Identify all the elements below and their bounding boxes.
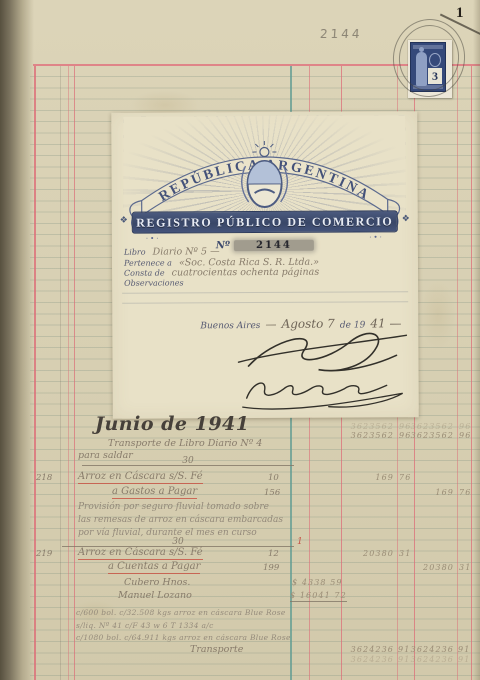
page-crease xyxy=(60,66,61,680)
folio-page-number: 1 xyxy=(456,5,464,22)
debit-folio: 10 xyxy=(268,473,279,483)
credit-account: a Cuentas a Pagar xyxy=(108,561,200,574)
credit-folio: 156 xyxy=(264,488,280,498)
field-label: Observaciones xyxy=(124,278,184,287)
book-binding-edge xyxy=(0,0,34,680)
entry-number: 219 xyxy=(36,549,52,559)
detail-line: s/liq. Nº 41 c/F 43 w 6 T 1334 a/c xyxy=(76,621,214,630)
transport-label: Transporte xyxy=(190,644,243,655)
detail-line: c/600 bol. c/32.508 kgs arroz en cáscara… xyxy=(76,608,286,617)
total-debit-amount: 3624236 xyxy=(338,645,394,654)
entry-number: 218 xyxy=(36,473,52,483)
detail-line: c/1080 bol. c/64.911 kgs arroz en cáscar… xyxy=(76,633,291,642)
field-label: Consta de xyxy=(124,269,165,278)
registry-title-bar: REGISTRO PÚBLICO DE COMERCIO xyxy=(132,210,398,233)
penciled-registry-number: 2144 xyxy=(320,27,364,41)
scroll-ornament-icon: ❖ xyxy=(120,216,128,226)
total-credit-cents-ghost: 91 xyxy=(458,655,470,664)
debit-folio: 12 xyxy=(268,549,279,559)
registry-title: REGISTRO PÚBLICO DE COMERCIO xyxy=(136,214,393,230)
official-signatures xyxy=(234,327,414,416)
separator-value: 30 xyxy=(172,538,183,547)
signature-primary xyxy=(238,333,406,371)
credit-folio: 199 xyxy=(263,563,279,573)
field-row-observaciones: Observaciones xyxy=(124,277,408,289)
debit-account: Arroz en Cáscara s/S. Fé xyxy=(78,471,203,484)
separator-30: 30 xyxy=(82,454,294,466)
debit-account: Arroz en Cáscara s/S. Fé xyxy=(78,547,203,560)
credit-amount: 20380 xyxy=(408,563,454,572)
opening-credit-cents: 96 xyxy=(459,431,471,440)
credit-cents-rule xyxy=(457,66,458,680)
total-debit-ghost: 3624236 xyxy=(338,655,394,664)
total-credit-ghost: 3624236 xyxy=(406,655,454,664)
field-value-handwritten: cuatrocientas ochenta páginas xyxy=(172,267,320,279)
debit-amount: 20380 xyxy=(345,549,394,558)
margin-rule-line xyxy=(34,66,36,680)
total-credit-amount: 3624236 xyxy=(406,645,454,654)
blank-rule-line xyxy=(122,291,408,293)
field-label: Pertenece a xyxy=(124,258,172,267)
creditor-amount-total: $ 16041 72 xyxy=(290,591,347,602)
separator-30: 30 xyxy=(62,535,294,547)
credit-cents: 31 xyxy=(459,563,471,572)
margin-rule-line xyxy=(74,66,75,680)
opening-credit-ghost: 3623562 xyxy=(406,422,454,431)
signature-secondary xyxy=(243,382,403,409)
separator-value: 30 xyxy=(182,457,193,466)
credit-cents: 76 xyxy=(459,488,471,497)
scroll-ornament-icon: ❖ xyxy=(402,214,410,224)
carryover-line: Transporte de Libro Diario Nº 4 xyxy=(108,438,262,449)
debit-cents: 76 xyxy=(399,473,411,482)
page-right-edge xyxy=(473,0,480,680)
creditor-amount: $ 4338 59 xyxy=(292,578,343,587)
blank-rule-line xyxy=(122,301,408,303)
opening-debit-ghost: 3623562 xyxy=(338,422,394,431)
credit-amount: 169 xyxy=(414,488,454,497)
opening-credit-amount: 3623562 xyxy=(406,431,454,440)
creditor-name: Cubero Hnos. xyxy=(124,577,190,588)
certificate-sheet: REPÚBLICA ARGENTINA REGISTRO PÚBLICO DE … xyxy=(111,111,419,419)
opening-credit-cents-ghost: 96 xyxy=(459,422,471,431)
column-rule-line xyxy=(471,66,472,680)
field-label: Libro xyxy=(124,248,146,257)
entry-description: Provisión por seguro fluvial tomado sobr… xyxy=(78,502,269,512)
entry-description: las remesas de arroz en cáscara embarcad… xyxy=(78,515,283,525)
debit-cents: 31 xyxy=(399,549,411,558)
certificate-fields: Libro Diario Nº 5 — Pertenece a «Soc. Co… xyxy=(124,245,408,288)
red-check-mark: 1 xyxy=(297,537,303,547)
ledger-month-title: Junio de 1941 xyxy=(95,413,250,435)
creditor-name: Manuel Lozano xyxy=(118,590,192,601)
margin-rule-line xyxy=(68,66,69,680)
total-credit-cents: 91 xyxy=(458,645,470,654)
ledger-page: 1 2144 3 REPÚBLICA ARGENTINA xyxy=(0,0,480,680)
credit-account: a Gastos a Pagar xyxy=(112,486,197,499)
debit-amount: 169 xyxy=(352,473,394,482)
opening-debit-amount: 3623562 xyxy=(338,431,394,440)
